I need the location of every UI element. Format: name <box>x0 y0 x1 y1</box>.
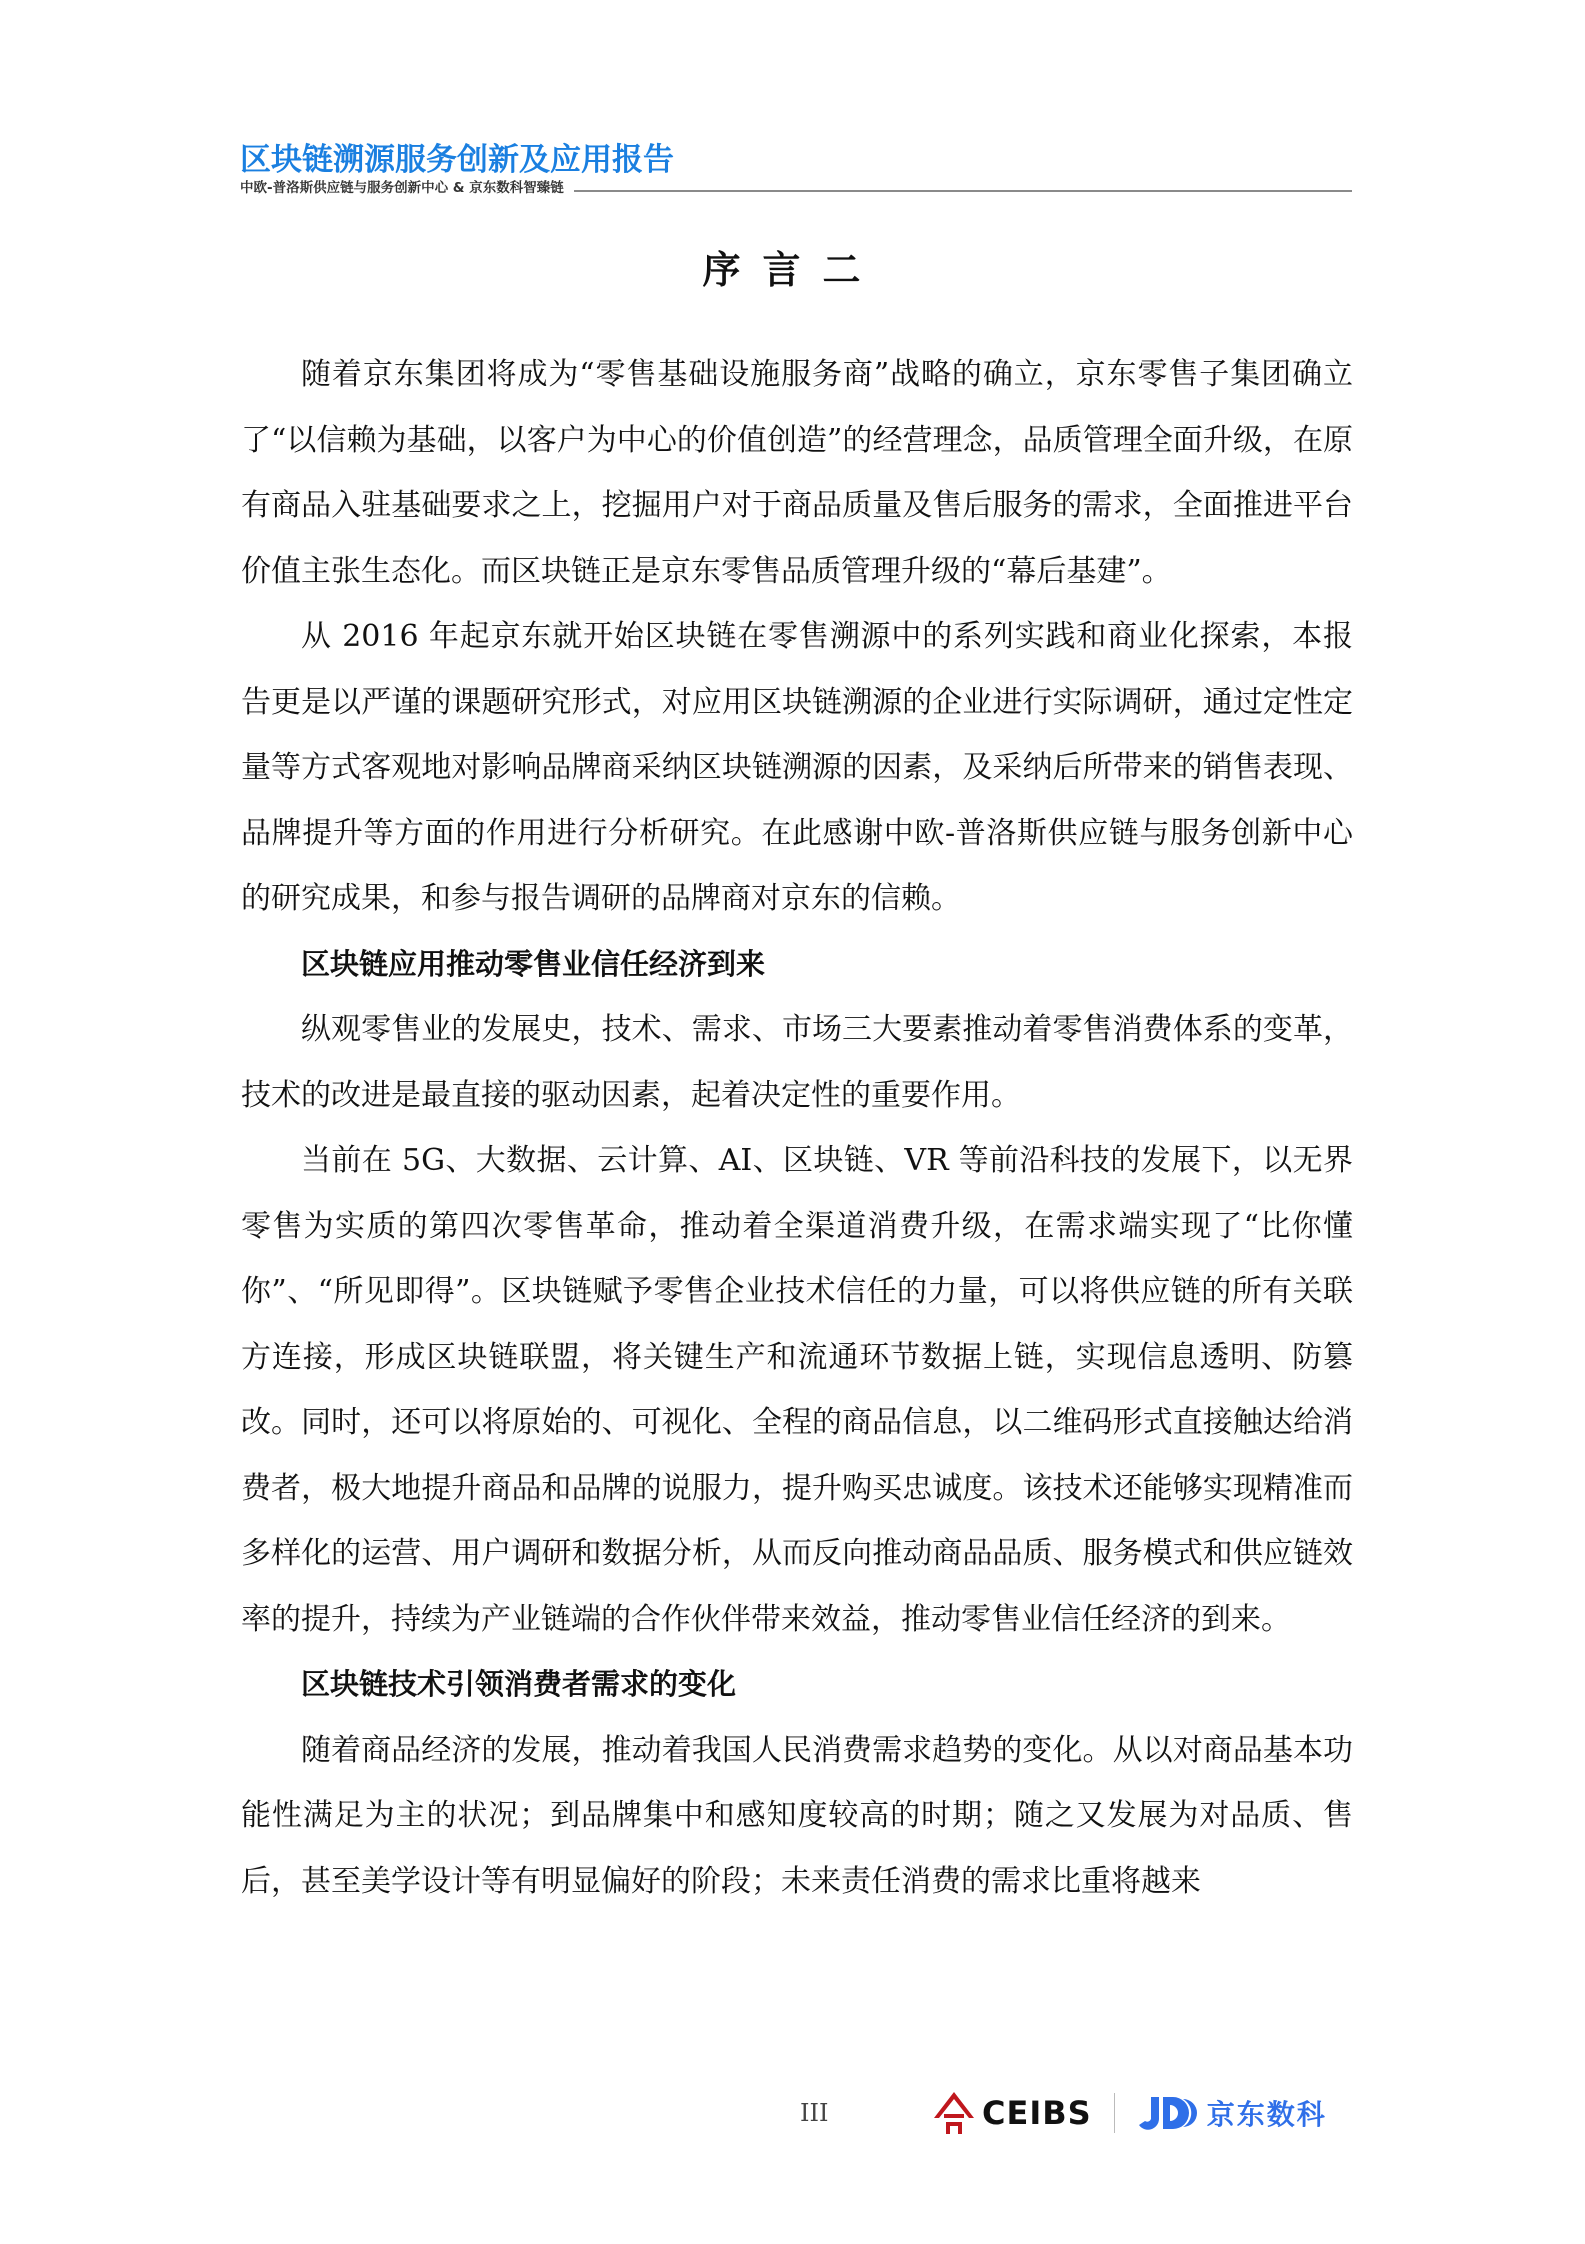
paragraph: 当前在 5G、大数据、云计算、AI、区块链、VR 等前沿科技的发展下，以无界零售… <box>241 1128 1353 1652</box>
jd-emblem-icon <box>1137 2093 1201 2133</box>
page-title: 序言二 <box>0 240 1585 300</box>
header-subline: 中欧-普洛斯供应链与服务创新中心 & 京东数科智臻链 <box>240 180 1352 196</box>
paragraph: 纵观零售业的发展史，技术、需求、市场三大要素推动着零售消费体系的变革，技术的改进… <box>241 997 1353 1128</box>
paragraph: 随着京东集团将成为“零售基础设施服务商”战略的确立，京东零售子集团确立了“以信赖… <box>241 342 1353 604</box>
paragraph: 随着商品经济的发展，推动着我国人民消费需求趋势的变化。从以对商品基本功能性满足为… <box>241 1718 1353 1915</box>
ceibs-emblem-icon <box>930 2090 978 2136</box>
ceibs-wordmark: CEIBS <box>982 2094 1092 2132</box>
logo-divider <box>1114 2093 1115 2133</box>
page-header: 区块链溯源服务创新及应用报告 中欧-普洛斯供应链与服务创新中心 & 京东数科智臻… <box>240 142 1352 196</box>
document-body: 随着京东集团将成为“零售基础设施服务商”战略的确立，京东零售子集团确立了“以信赖… <box>241 342 1353 1914</box>
header-rule <box>574 190 1352 192</box>
jd-wordmark: 京东数科 <box>1207 2093 1327 2133</box>
section-heading: 区块链应用推动零售业信任经济到来 <box>241 932 1353 998</box>
page-number: III <box>800 2099 930 2127</box>
jd-digits-logo: 京东数科 <box>1137 2093 1327 2133</box>
page-footer: III CEIBS 京东数科 <box>800 2088 1360 2138</box>
section-heading: 区块链技术引领消费者需求的变化 <box>241 1652 1353 1718</box>
report-title: 区块链溯源服务创新及应用报告 <box>240 142 1352 178</box>
paragraph: 从 2016 年起京东就开始区块链在零售溯源中的系列实践和商业化探索，本报告更是… <box>241 604 1353 932</box>
ceibs-logo: CEIBS <box>930 2090 1092 2136</box>
report-subtitle: 中欧-普洛斯供应链与服务创新中心 & 京东数科智臻链 <box>240 180 564 196</box>
